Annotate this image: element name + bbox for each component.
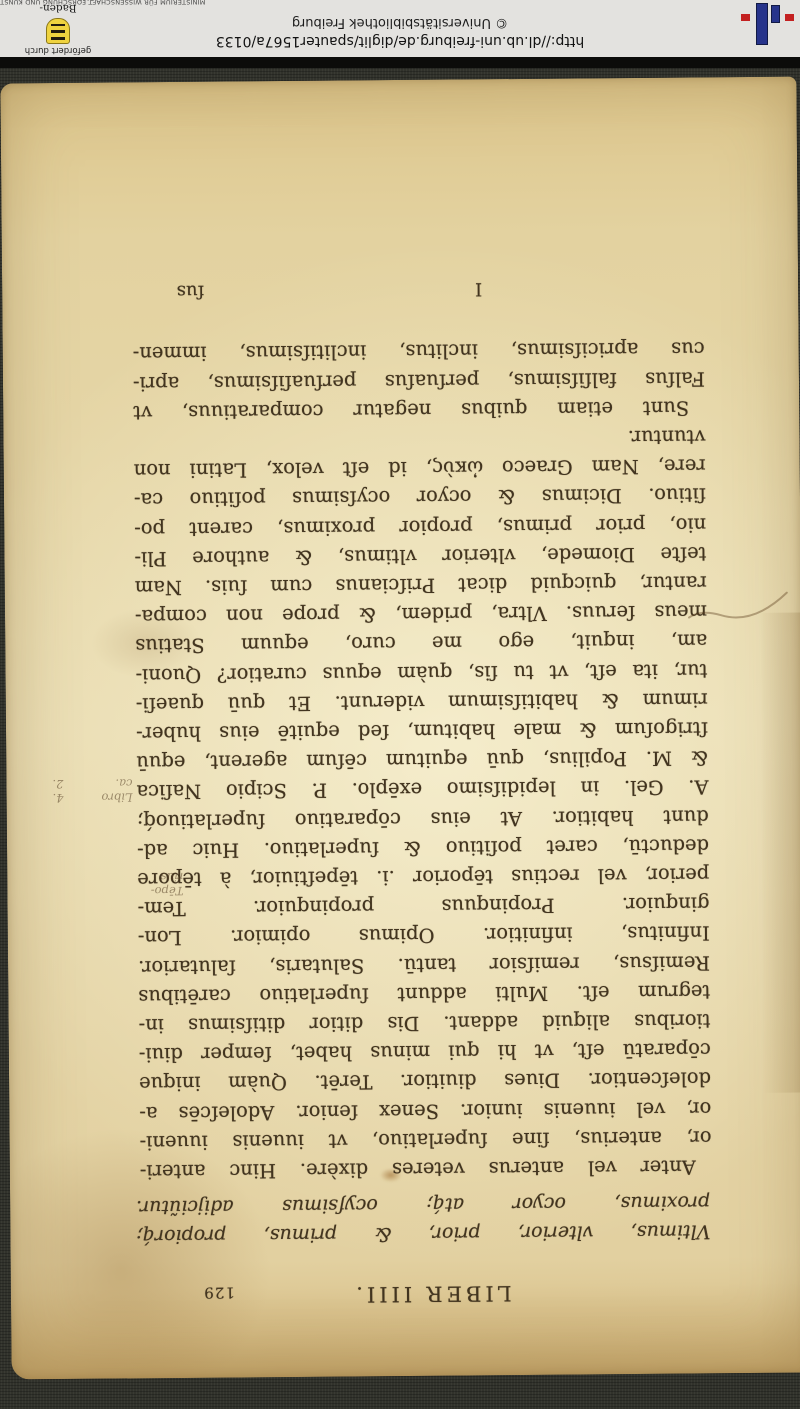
rotated-composition: LIBER IIII. 129 Vltimus, vlterior, prior… (0, 0, 800, 1409)
scan-edge-shadow (0, 57, 800, 68)
text-line: or, anterius, ſine ſuperlatiuo, vt iuuen… (139, 1123, 711, 1157)
text-line: ſtrigoſum & male habitum, ſed equitē eiu… (136, 714, 708, 748)
text-line: ſitiuo. Dicimus & ocyor ocyſsimus poſiti… (134, 480, 706, 514)
screenshot-root: LIBER IIII. 129 Vltimus, vlterior, prior… (0, 0, 800, 1409)
margin-note: Tēpo-rius (113, 870, 183, 899)
ministry-credit: MINISTERIUM FÜR WISSENSCHAFT FORSCHUNG U… (0, 0, 205, 6)
book-page: LIBER IIII. 129 Vltimus, vlterior, prior… (0, 77, 800, 1380)
running-title: LIBER IIII. (11, 1279, 800, 1310)
coat-of-arms-icon (46, 18, 70, 44)
signature-row: I ſus (132, 297, 704, 302)
text-line: doleſcentior. Diues diuitior. Terēt. Quà… (139, 1065, 711, 1099)
text-line: dunt habitior. At eius cōparatiuo ſuperl… (137, 802, 709, 836)
text-line: tegrum eſt. Multi addunt ſuperlatiuo car… (138, 977, 710, 1011)
text-line: rantur, quicquid dicat Priſcianus cum ſu… (135, 568, 707, 602)
margin-note-line: Tēpo- (113, 884, 183, 899)
text-line: cus apriciſsimus, inclitus, inclitiſsimu… (133, 334, 705, 368)
heading-line: proximus, ocyor atq́; ocyſsimus adijciũt… (136, 1187, 710, 1221)
margin-note-line: rius (113, 870, 183, 885)
scan-background: LIBER IIII. 129 Vltimus, vlterior, prior… (0, 68, 800, 1409)
text-line: ginquior. Propinquus propinquior. Tem- (137, 889, 709, 923)
text-line: Remiſsus, remiſsior tantū. Salutaris, ſa… (138, 948, 710, 982)
text-line: Infinitus, infinitior. Opimus opimior. L… (138, 919, 710, 953)
baden-wuerttemberg-emblem: gefördert durch Baden-Württemberg (4, 0, 112, 55)
copyright-text: © Universitätsbibliothek Freiburg (0, 15, 800, 30)
catchword: ſus (177, 281, 205, 302)
text-line: teſte Diomede, vlterior vltimus, & autho… (134, 539, 706, 573)
text-line: am, inquit, ego me curo, equum Statius (135, 626, 707, 660)
text-line: nio, prior primus, propior proximus, car… (134, 510, 706, 544)
text-line: & M. Popilius, quū equitum cēſum agerent… (136, 743, 708, 777)
text-line: rere, Nam Graeco ὠκὺς, id eſt velox, Lat… (134, 451, 706, 485)
text-line: tioribus aliquid addant. Dis ditior diti… (138, 1006, 710, 1040)
text-line: Anter vel anterus veteres dixère. Hinc a… (140, 1152, 712, 1186)
text-line: meus ſeruus. Vltra, pridem, & prope non … (135, 597, 707, 631)
margin-note: Libro 4.ca. 2. (52, 776, 132, 805)
text-line: perior, vel rectius tēporior .i. tēpeſti… (137, 860, 709, 894)
body-text: Anter vel anterus veteres dixère. Hinc a… (133, 334, 712, 1186)
text-line: Falſus falſiſsimus, perſuaſus perſuaſiſs… (133, 364, 705, 398)
heading-line: Vltimus, vlterior, prior, & primus, prop… (136, 1216, 710, 1250)
text-line: or, vel iuuenis iunior. Senex ſenior. Ad… (139, 1094, 711, 1128)
signature-mark: I (475, 278, 482, 299)
text-line: deductū, caret poſitiuo & ſuperlatiuo. H… (137, 831, 709, 865)
margin-note-line: ca. 2. (52, 776, 132, 791)
chapter-heading: Vltimus, vlterior, prior, & primus, prop… (136, 1187, 710, 1250)
funder-note: gefördert durch (4, 45, 112, 55)
paper-stain (759, 612, 800, 1093)
text-line: cōparatū eſt, vt hi qui minus habet, ſem… (139, 1035, 711, 1069)
margin-note-line: Libro 4. (53, 790, 133, 805)
document-url: http://dl.ub.uni-freiburg.de/diglit/spau… (0, 33, 800, 49)
watermark-bar: http://dl.ub.uni-freiburg.de/diglit/spau… (0, 0, 800, 57)
pen-flourish (683, 585, 793, 630)
text-line: rimum & habitiſsimum viderunt. Et quū qu… (136, 685, 708, 719)
page-number: 129 (203, 1283, 235, 1301)
text-line: tur, ita eſt, vt tu ſis, quàm equus cura… (135, 656, 707, 690)
text-line: A. Gel. in lepidiſsimo exēplo. P. Scipio… (136, 773, 708, 807)
text-line: Sunt etiam quibus negatur comparatiuus, … (133, 393, 705, 427)
